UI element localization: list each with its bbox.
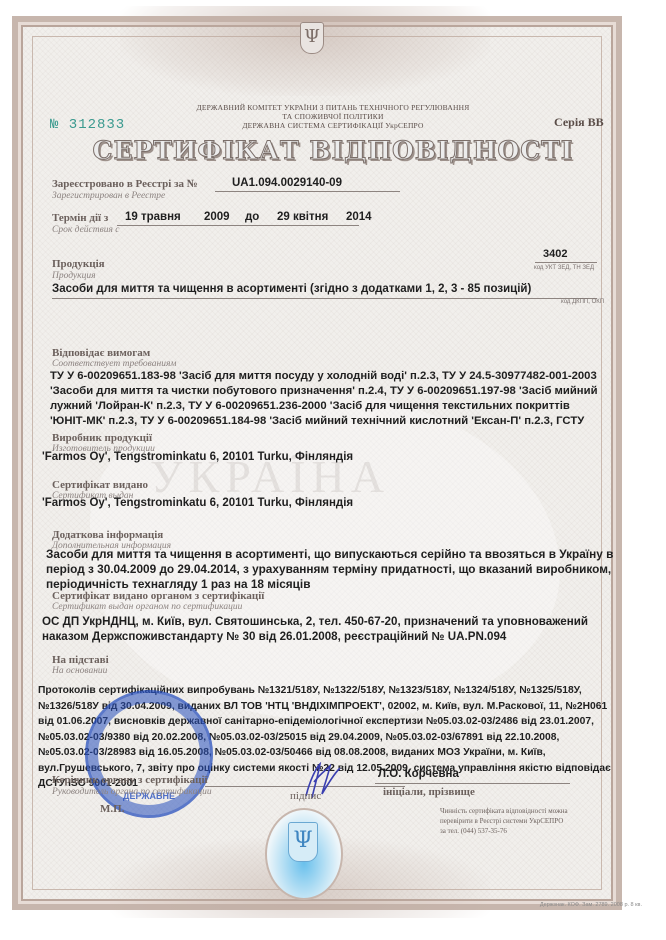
basis-label: На підставі [52,654,109,666]
issuing-body-label: Сертифікат видано органом з сертифікації [52,590,264,602]
requirements-text: ТУ У 6-00209651.183-98 'Засіб для миття … [50,369,598,429]
additional-info-text: Засоби для миття та чищення в асортимент… [46,547,613,592]
requirements-line: ТУ У 6-00209651.183-98 'Засіб для миття … [50,369,598,384]
product-description: Засоби для миття та чищення в асортимент… [52,283,531,295]
issuing-body-label-ru: Сертификат выдан органом по сертификации [52,602,242,612]
requirements-line: 'ЮНІТ-МК' п.2.3, ТУ У 6-00209651.184-98 … [50,414,598,429]
serial-number: № 312833 [50,117,125,133]
product-underline [52,298,597,299]
hologram-trident-icon: Ψ [288,822,318,862]
requirements-line: лужний 'Лойран-К' п.2.3, ТУ У 6-00209651… [50,399,598,414]
basis-label-ru: На основании [52,666,107,676]
name-underline [375,783,570,784]
issuing-body-line: наказом Держспоживстандарту № 30 від 26.… [42,629,588,644]
series-label: Серія ВВ [554,115,604,130]
manufacturer-label: Виробник продукції [52,432,152,444]
coat-of-arms-icon: Ψ [300,22,324,54]
issued-to-label: Сертифікат видано [52,479,148,491]
issuing-body-line: ОС ДП УкрНДНЦ, м. Київ, вул. Святошинськ… [42,614,588,629]
head-label: Керівник органу з сертифікації [52,774,208,786]
head-label-ru: Руководитель органа по сертификации [52,787,212,797]
printer-line: Держзнак. КОФ. Зам. 2789. 2008 р. 8 кв. [540,902,642,908]
validity-label: Термін дії з [52,212,108,224]
valid-to-year: 2014 [346,211,372,223]
valid-from-year: 2009 [204,211,230,223]
requirements-label-ru: Соответствует требованиям [52,359,176,369]
official-stamp: ДЕРЖАВНЕ [85,690,213,818]
verification-line: за тел. (044) 537-35-76 [440,826,568,836]
dkpp-caption: код ДКПП, ОКП [561,299,604,305]
verification-line: перевірити в Реєстрі системи УкрСЕПРО [440,816,568,826]
committee-line-1: ДЕРЖАВНИЙ КОМІТЕТ УКРАЇНИ З ПИТАНЬ ТЕХНІ… [0,103,666,112]
product-label-ru: Продукция [52,271,96,281]
validity-underline [117,225,359,226]
valid-to-word: до [245,211,259,223]
registry-number: UA1.094.0029140-09 [232,177,342,189]
verification-note: Чинність сертифіката відповідності можна… [440,806,568,836]
product-label: Продукція [52,258,105,270]
additional-info-line: Засоби для миття та чищення в асортимент… [46,547,613,562]
issued-to-value: 'Farmos Oy', Tengstrominkatu 6, 20101 Tu… [42,497,353,509]
validity-label-ru: Срок действия с [52,225,120,235]
seal-caption: М.П. [100,803,124,815]
additional-info-line: період з 30.04.2009 до 29.04.2014, з ура… [46,562,613,577]
requirements-line: 'Засоби для миття та чистки побутового п… [50,384,598,399]
additional-info-label: Додаткова інформація [52,529,163,541]
verification-line: Чинність сертифіката відповідності можна [440,806,568,816]
product-code: 3402 [543,248,567,260]
registry-label-ru: Зарегистрирован в Реестре [52,191,165,201]
registry-underline [215,191,400,192]
product-code-underline [535,262,597,263]
signature-caption: підпис [290,790,321,802]
issuing-body-text: ОС ДП УкрНДНЦ, м. Київ, вул. Святошинськ… [42,614,588,644]
certificate-title: СЕРТИФІКАТ ВІДПОВІДНОСТІ [0,136,666,165]
name-caption: ініціали, прізвище [383,786,475,798]
registry-label: Зареєстровано в Реєстрі за № [52,178,198,190]
product-code-caption: код УКТ ЗЕД, ТН ЗЕД [534,265,594,271]
valid-to-date: 29 квітня [277,211,328,223]
signatory-name: Л.О. Корчевна [378,768,459,780]
manufacturer-value: 'Farmos Oy', Tengstrominkatu 6, 20101 Tu… [42,451,353,463]
requirements-label: Відповідає вимогам [52,347,150,359]
valid-from-date: 19 травня [125,211,181,223]
